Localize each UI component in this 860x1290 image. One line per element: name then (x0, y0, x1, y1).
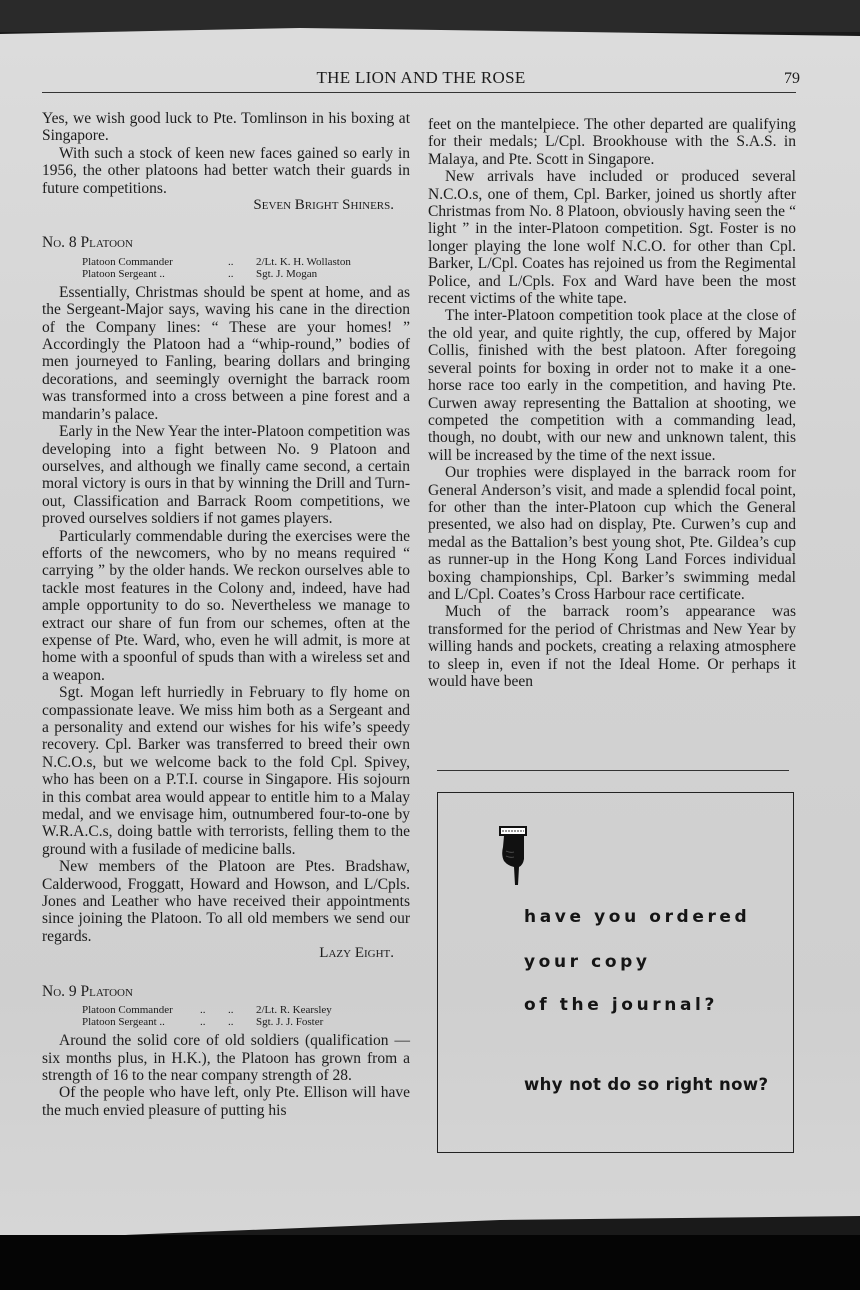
pointing-hand-icon (498, 825, 528, 887)
paragraph: Essentially, Christmas should be spent a… (42, 284, 410, 423)
signoff: Seven Bright Shiners. (42, 197, 394, 214)
paragraph: Much of the barrack room’s appearance wa… (428, 603, 796, 690)
paragraph: Sgt. Mogan left hurriedly in February to… (42, 684, 410, 858)
roster-name: 2/Lt. R. Kearsley (256, 1004, 332, 1016)
advert-line-2: your copy (524, 952, 651, 972)
advert-line-3: of the journal? (524, 995, 718, 1015)
roster-dots (200, 256, 228, 268)
paragraph: Of the people who have left, only Pte. E… (42, 1084, 410, 1119)
roster-role: Platoon Commander (82, 256, 200, 268)
page-number: 79 (784, 70, 800, 88)
running-header: THE LION AND THE ROSE 79 (42, 68, 800, 90)
journal-advert: have you ordered your copy of the journa… (437, 792, 794, 1153)
signoff: Lazy Eight. (42, 945, 394, 962)
roster-dots: .. (200, 1016, 228, 1028)
advert-rule (437, 770, 789, 771)
roster-dots: .. (228, 256, 256, 268)
paragraph: Around the solid core of old soldiers (q… (42, 1032, 410, 1084)
roster-role: Platoon Sergeant .. (82, 268, 200, 280)
roster-name: 2/Lt. K. H. Wollaston (256, 256, 351, 268)
roster-no9: Platoon Commander .. .. 2/Lt. R. Kearsle… (82, 1004, 410, 1028)
roster-dots: .. (228, 268, 256, 280)
roster-dots: .. (200, 1004, 228, 1016)
paragraph: Particularly commendable during the exer… (42, 528, 410, 685)
journal-title: THE LION AND THE ROSE (42, 68, 800, 88)
paragraph: New members of the Platoon are Ptes. Bra… (42, 858, 410, 945)
paragraph: Yes, we wish good luck to Pte. Tomlinson… (42, 110, 410, 145)
header-rule (42, 92, 796, 93)
paragraph: feet on the mantelpiece. The other depar… (428, 116, 796, 168)
paragraph: Our trophies were displayed in the barra… (428, 464, 796, 603)
roster-role: Platoon Commander (82, 1004, 200, 1016)
roster-role: Platoon Sergeant .. (82, 1016, 200, 1028)
paragraph: Early in the New Year the inter-Platoon … (42, 423, 410, 527)
roster-row: Platoon Commander .. .. 2/Lt. R. Kearsle… (82, 1004, 410, 1016)
roster-dots: .. (228, 1016, 256, 1028)
roster-dots: .. (228, 1004, 256, 1016)
roster-row: Platoon Sergeant .. .. .. Sgt. J. J. Fos… (82, 1016, 410, 1028)
roster-row: Platoon Commander .. 2/Lt. K. H. Wollast… (82, 256, 410, 268)
paragraph: With such a stock of keen new faces gain… (42, 145, 410, 197)
roster-row: Platoon Sergeant .. .. Sgt. J. Mogan (82, 268, 410, 280)
roster-name: Sgt. J. Mogan (256, 268, 317, 280)
paragraph: New arrivals have included or produced s… (428, 168, 796, 307)
roster-name: Sgt. J. J. Foster (256, 1016, 323, 1028)
right-column: feet on the mantelpiece. The other depar… (428, 116, 796, 690)
roster-no8: Platoon Commander .. 2/Lt. K. H. Wollast… (82, 256, 410, 280)
background-top (0, 0, 860, 32)
background-bottom (0, 1235, 860, 1290)
advert-line-1: have you ordered (524, 907, 750, 927)
left-column: Yes, we wish good luck to Pte. Tomlinson… (42, 110, 410, 1119)
paragraph: The inter-Platoon competition took place… (428, 307, 796, 464)
section-heading-no9: No. 9 Platoon (42, 983, 410, 1000)
section-heading-no8: No. 8 Platoon (42, 234, 410, 251)
advert-line-4: why not do so right now? (524, 1075, 768, 1094)
roster-dots (200, 268, 228, 280)
